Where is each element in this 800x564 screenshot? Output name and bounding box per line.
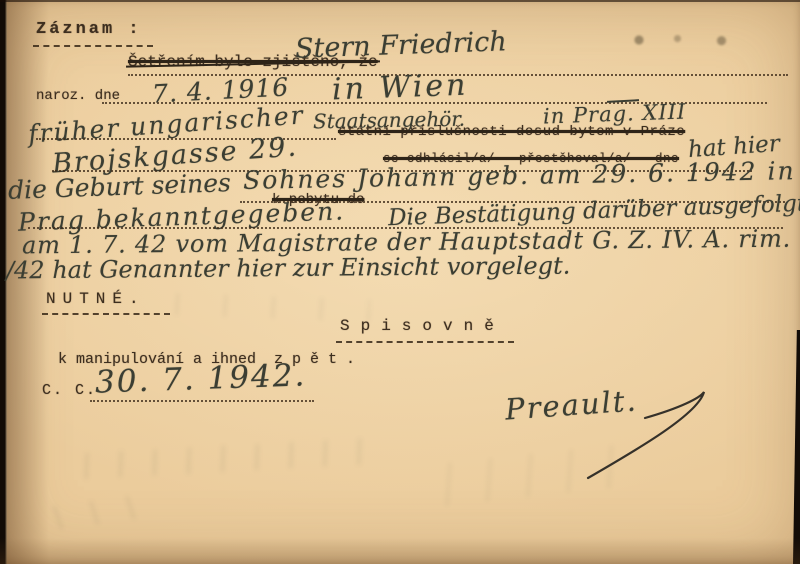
file-label: Spisovně — [340, 317, 505, 335]
urgent-label: NUTNÉ. — [46, 290, 146, 308]
ink-bleedthrough — [150, 292, 371, 322]
paper-edge-top — [0, 0, 800, 2]
struck-nationality-text: státní příslušnosti dosud bytem v Práze — [338, 124, 685, 140]
dashed-rule — [336, 341, 514, 343]
ink-bleedthrough — [70, 438, 371, 480]
ink-bleedthrough — [428, 445, 621, 507]
ink-bleedthrough — [39, 492, 161, 532]
dotted-rule — [90, 400, 314, 402]
confirmation-handwritten-3: /42 hat Genannter hier zur Einsicht vorg… — [6, 252, 571, 285]
dashed-rule — [42, 313, 170, 315]
paper-edge-right — [793, 330, 800, 564]
paper-edge-bottom — [0, 538, 800, 564]
birth-report-handwritten-2: Sohnes Johann geb. am 29. 6. 1942 in — [243, 156, 796, 195]
dashed-rule — [33, 45, 153, 47]
record-date-handwritten: 30. 7. 1942. — [94, 357, 306, 400]
person-name-handwritten: Stern Friedrich — [295, 26, 508, 64]
scanned-record-card: Záznam : Šetřením bylo zjištěno, že Ster… — [0, 0, 800, 564]
ink-smudge — [628, 33, 738, 47]
cc-label: C. C. — [42, 382, 97, 399]
record-label: Záznam : — [36, 20, 142, 39]
signature: Preault. — [504, 383, 639, 426]
